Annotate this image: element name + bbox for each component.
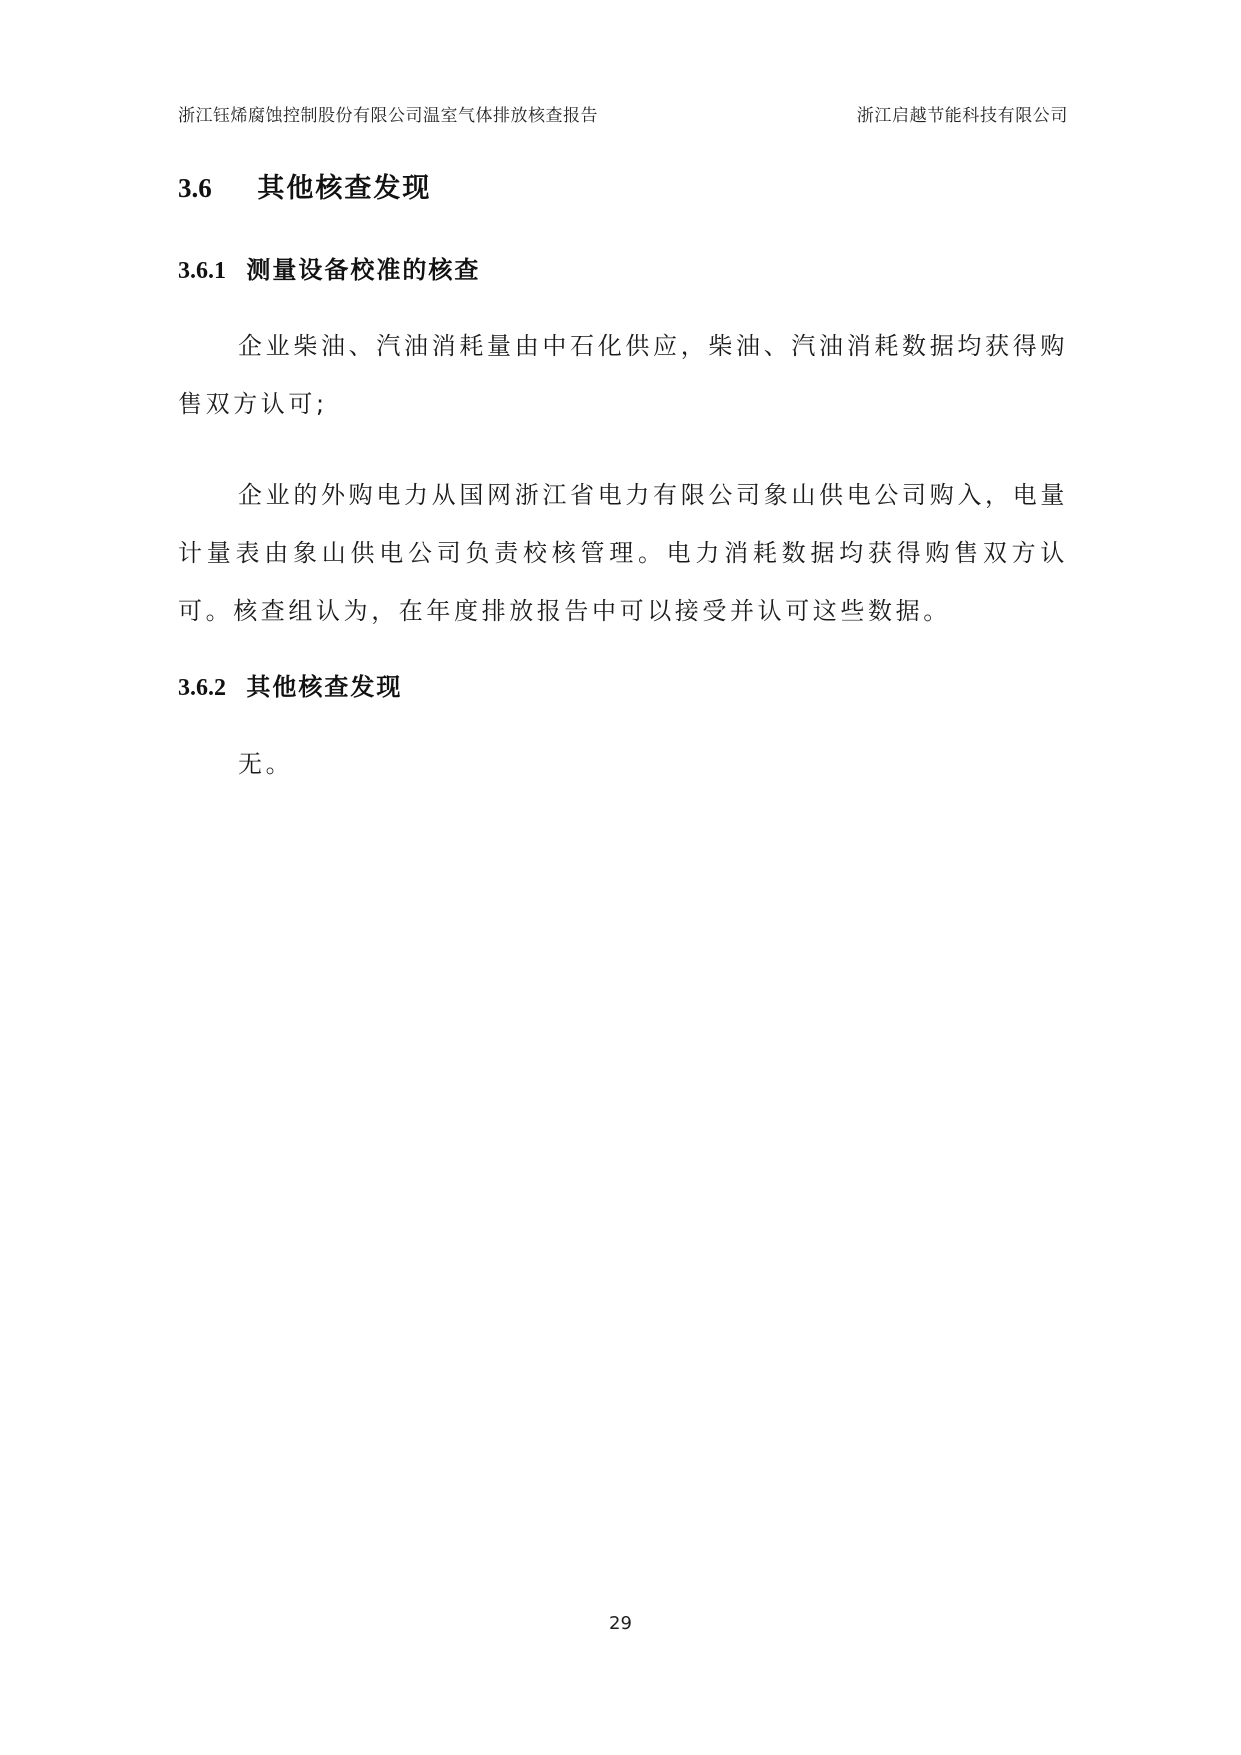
page-number: 29 [0,1613,1241,1634]
subsection-heading-other: 3.6.2 其他核查发现 [178,667,402,702]
subsection-title: 其他核查发现 [246,673,402,701]
subsection-number: 3.6.2 [178,675,226,702]
paragraph-fuel: 企业柴油、汽油消耗量由中石化供应，柴油、汽油消耗数据均获得购售双方认可; [178,317,1068,433]
page-header: 浙江钰烯腐蚀控制股份有限公司温室气体排放核查报告 浙江启越节能科技有限公司 [178,101,1068,125]
paragraph-none: 无。 [178,735,1068,793]
section-number: 3.6 [178,173,248,204]
subsection-heading-calibration: 3.6.1 测量设备校准的核查 [178,250,480,285]
subsection-title: 测量设备校准的核查 [246,256,480,284]
section-title: 其他核查发现 [257,173,431,204]
subsection-number: 3.6.1 [178,258,226,285]
paragraph-electricity: 企业的外购电力从国网浙江省电力有限公司象山供电公司购入，电量计量表由象山供电公司… [178,466,1068,640]
section-heading: 3.6 其他核查发现 [178,166,431,205]
company-name: 浙江启越节能科技有限公司 [857,101,1068,126]
report-title: 浙江钰烯腐蚀控制股份有限公司温室气体排放核查报告 [178,101,598,126]
